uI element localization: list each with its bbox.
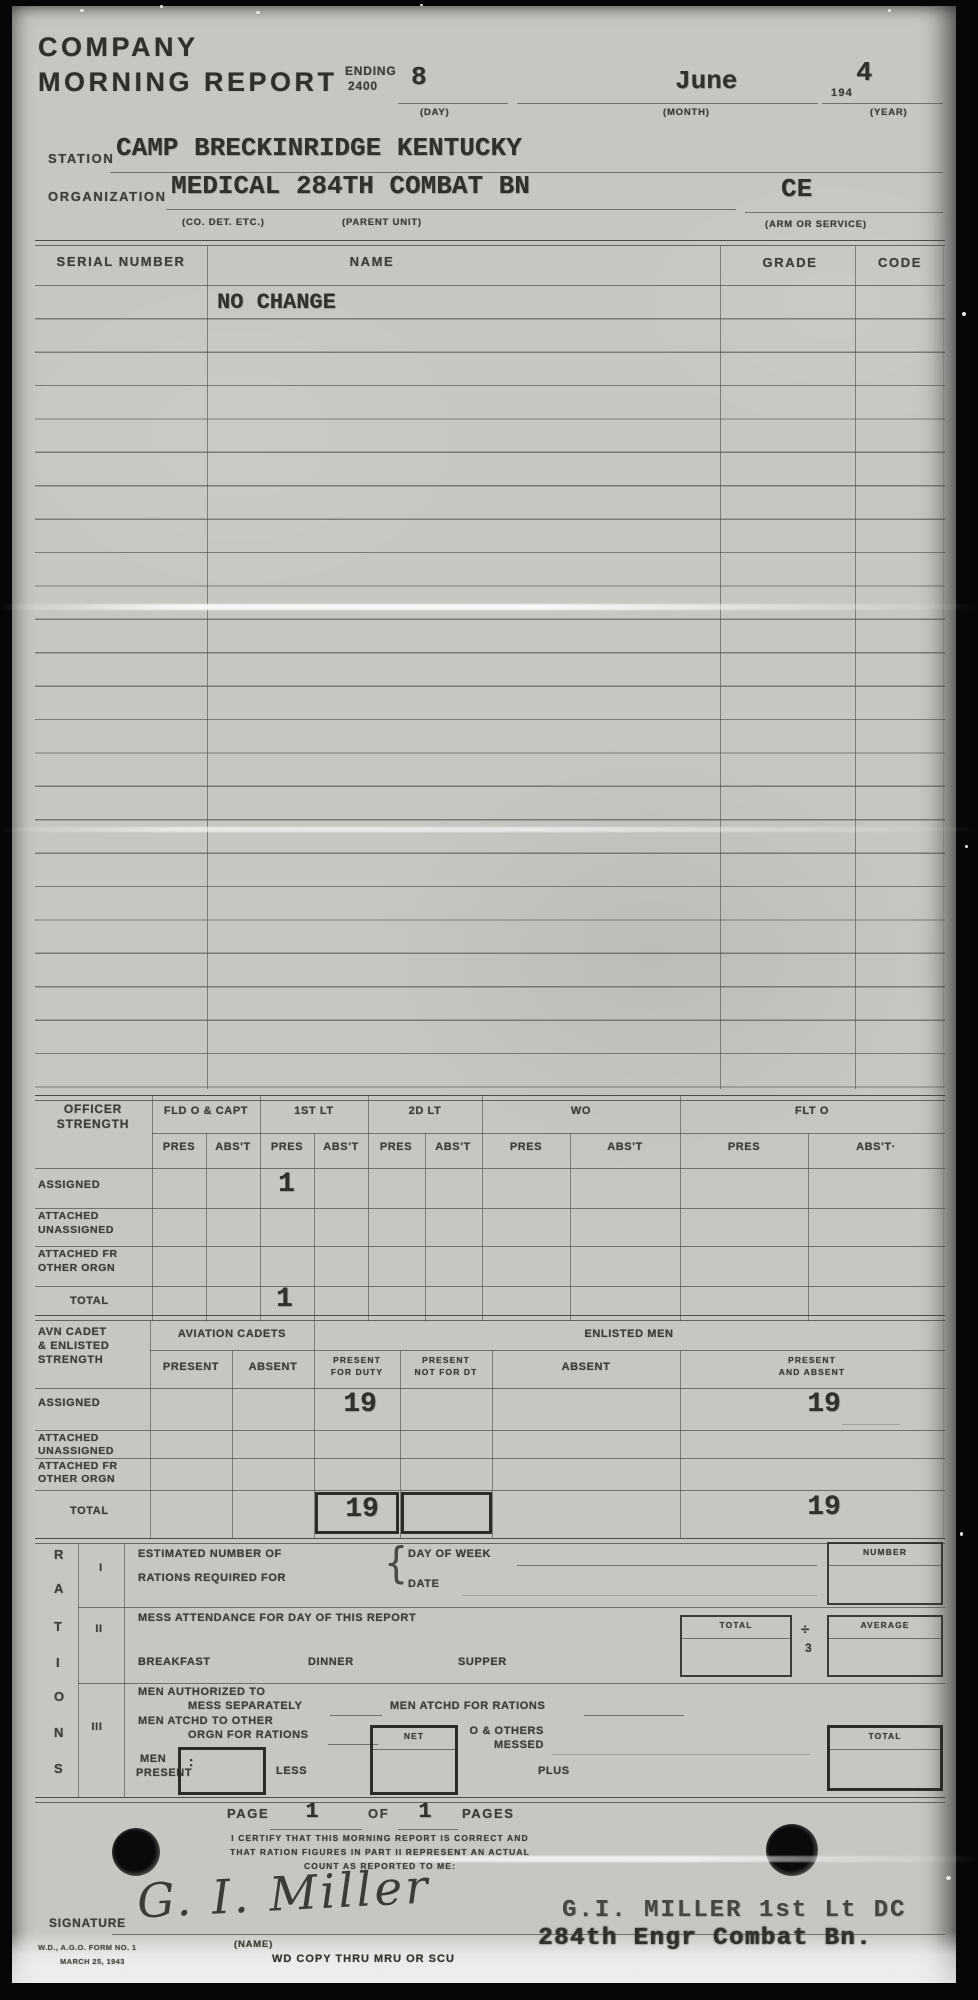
form-id: W.D., A.G.O. FORM NO. 1 xyxy=(38,1944,137,1952)
enlisted-title-2: & ENLISTED xyxy=(38,1341,109,1353)
roster-right-edge xyxy=(943,246,944,1089)
officer-right-edge xyxy=(943,1095,944,1321)
year-label: (YEAR) xyxy=(870,108,908,118)
enlisted-vline-e1 xyxy=(400,1350,401,1538)
day-of-week-line xyxy=(517,1565,817,1566)
enlisted-bottom-rule xyxy=(35,1538,945,1544)
net-box: NET xyxy=(370,1725,458,1795)
rations-letter-r: R xyxy=(54,1548,65,1562)
day-value: 8 xyxy=(411,64,427,91)
scan-streak-2 xyxy=(0,827,978,832)
station-label: STATION xyxy=(48,152,114,166)
men-label: MEN xyxy=(140,1754,166,1766)
enlisted-row-assigned: ASSIGNED xyxy=(38,1398,100,1410)
rations-rule-1 xyxy=(78,1607,945,1608)
enlisted-group-rule xyxy=(150,1350,945,1351)
dinner-label: DINNER xyxy=(308,1657,354,1669)
rations-letter-a: A xyxy=(54,1582,65,1596)
rations3-text-1: MEN AUTHORIZED TO xyxy=(138,1687,266,1699)
scanner-background: COMPANY MORNING REPORT ENDING 2400 8 (DA… xyxy=(0,0,978,2000)
enlisted-rule-1 xyxy=(35,1430,945,1431)
enlisted-assigned-pa: 19 xyxy=(807,1390,841,1419)
rations1-text-2: RATIONS REQUIRED FOR xyxy=(138,1573,286,1585)
unit-hint: (CO. DET. ETC.) xyxy=(182,218,265,228)
enlisted-rule-2 xyxy=(35,1458,945,1459)
rations-letter-i: I xyxy=(56,1656,61,1670)
less-label: LESS xyxy=(276,1766,307,1778)
frame-speck-7 xyxy=(965,845,968,848)
enlisted-vline-e3 xyxy=(680,1350,681,1538)
net-box-label: NET xyxy=(404,1732,424,1741)
rations-letter-t: T xyxy=(54,1620,64,1634)
number-box-label: NUMBER xyxy=(863,1548,907,1557)
men-atchd-rations-label: MEN ATCHD FOR RATIONS xyxy=(390,1701,545,1713)
enlisted-row-att-unassigned-2: UNASSIGNED xyxy=(38,1446,114,1457)
mess-total-box: TOTAL xyxy=(680,1615,792,1677)
roster-col-grade: GRADE xyxy=(763,256,818,270)
officer-vline-label xyxy=(152,1095,153,1321)
others-label-1: O & OTHERS xyxy=(452,1726,544,1738)
officer-vline-s2 xyxy=(314,1133,315,1321)
officer-row-att-fr-1: ATTACHED FR xyxy=(38,1249,118,1260)
pages-line xyxy=(398,1829,458,1830)
year-digit: 4 xyxy=(856,60,872,88)
pfd-label-1: PRESENT xyxy=(333,1356,381,1365)
form-title-line2: MORNING REPORT xyxy=(38,68,338,96)
morning-report-page: COMPANY MORNING REPORT ENDING 2400 8 (DA… xyxy=(12,6,956,1983)
day-underline xyxy=(398,103,508,104)
others-label-2: MESSED xyxy=(452,1740,544,1752)
distribution-note: WD COPY THRU MRU OR SCU xyxy=(272,1954,455,1966)
officer-total-value: 1 xyxy=(276,1285,293,1314)
average-box: AVERAGE xyxy=(827,1615,943,1677)
enlisted-right-edge xyxy=(943,1321,944,1538)
enlisted-total-pa: 19 xyxy=(807,1493,841,1522)
punch-hole-right xyxy=(766,1824,818,1876)
pnfd-label-1: PRESENT xyxy=(422,1356,470,1365)
enlisted-absent-label: ABSENT xyxy=(562,1362,611,1374)
rations1-text-1: ESTIMATED NUMBER OF xyxy=(138,1549,282,1561)
rations-total-box: TOTAL xyxy=(827,1725,943,1791)
pfd-label-2: FOR DUTY xyxy=(331,1368,383,1377)
typed-officer-name: G.I. MILLER 1st Lt DC xyxy=(562,1898,906,1923)
date-line xyxy=(462,1595,817,1596)
pages-label: PAGES xyxy=(462,1807,515,1821)
enlisted-vline-group xyxy=(314,1321,315,1538)
officer-vline-s5 xyxy=(808,1133,809,1321)
officer-group-fldo: FLD O & CAPT xyxy=(164,1106,248,1118)
mess-separately-label: MESS SEPARATELY xyxy=(188,1701,303,1713)
year-prefix: 194 xyxy=(831,88,853,100)
frame-speck-1 xyxy=(80,9,84,12)
officer-group-2dlt: 2D LT xyxy=(409,1106,442,1118)
rations-roman-3: III xyxy=(92,1722,103,1734)
officer-sub-pres-5: PRES xyxy=(728,1142,760,1154)
officer-vline-g2 xyxy=(368,1095,369,1321)
enlisted-row-total: TOTAL xyxy=(70,1506,109,1518)
others-line xyxy=(552,1754,810,1755)
arm-service-value: CE xyxy=(781,176,812,203)
enlisted-row-att-unassigned-1: ATTACHED xyxy=(38,1433,99,1444)
frame-speck-9 xyxy=(946,1876,951,1880)
roster-empty-rows xyxy=(35,286,945,1089)
enlisted-group-enlisted: ENLISTED MEN xyxy=(584,1329,673,1341)
rations-roman-2: II xyxy=(95,1624,102,1636)
mess-separately-line xyxy=(330,1715,382,1716)
assigned-pa-underline xyxy=(842,1424,900,1425)
officer-row-att-fr-2: OTHER ORGN xyxy=(38,1263,115,1274)
enlisted-group-cadets: AVIATION CADETS xyxy=(178,1329,286,1341)
officer-vline-g4 xyxy=(680,1095,681,1321)
enlisted-vline-label xyxy=(150,1321,151,1538)
rations-letter-n: N xyxy=(54,1726,65,1740)
rations-roman-1: I xyxy=(99,1563,103,1575)
organization-underline xyxy=(166,209,736,210)
officer-sub-pres-1: PRES xyxy=(163,1142,195,1154)
page-line xyxy=(270,1829,362,1830)
officer-sub-abst-5: ABS'T· xyxy=(856,1142,896,1154)
officer-group-rule xyxy=(152,1133,945,1134)
net-box-divider xyxy=(373,1749,455,1750)
orgn-rations-label: ORGN FOR RATIONS xyxy=(188,1730,309,1742)
day-of-week-label: DAY OF WEEK xyxy=(408,1549,491,1561)
total-pnfd-box xyxy=(401,1492,492,1534)
officer-sub-abst-3: ABS'T xyxy=(435,1142,471,1154)
officer-vline-s4 xyxy=(570,1133,571,1321)
organization-label: ORGANIZATION xyxy=(48,190,167,204)
officer-vline-g3 xyxy=(482,1095,483,1321)
average-box-divider xyxy=(829,1638,941,1639)
officer-sub-pres-4: PRES xyxy=(510,1142,542,1154)
officer-group-1stlt: 1ST LT xyxy=(294,1106,333,1118)
cert-line-1: I CERTIFY THAT THIS MORNING REPORT IS CO… xyxy=(231,1834,528,1843)
day-label: (DAY) xyxy=(420,108,450,118)
ending-time: 2400 xyxy=(348,80,378,93)
average-box-label: AVERAGE xyxy=(860,1621,909,1630)
roster-divider-code xyxy=(855,246,856,1089)
pnfd-label-2: NOT FOR DT xyxy=(415,1368,478,1377)
rations-vline-2 xyxy=(124,1544,125,1797)
rations-vline-1 xyxy=(78,1544,79,1797)
enlisted-assigned-pfd: 19 xyxy=(343,1390,377,1419)
handwritten-signature: G. I. Miller xyxy=(136,1862,432,1927)
supper-label: SUPPER xyxy=(458,1657,507,1669)
frame-speck-6 xyxy=(962,312,966,316)
men-atchd-rations-line xyxy=(584,1715,684,1716)
scan-streak-3 xyxy=(330,1856,978,1862)
number-box: NUMBER xyxy=(827,1542,943,1605)
officer-row-total: TOTAL xyxy=(70,1296,109,1308)
form-date: MARCH 25, 1943 xyxy=(60,1958,125,1966)
cadet-absent-label: ABSENT xyxy=(249,1362,298,1374)
officer-sub-abst-4: ABS'T xyxy=(607,1142,643,1154)
organization-value: MEDICAL 284TH COMBAT BN xyxy=(171,173,530,200)
page-value: 1 xyxy=(305,1800,318,1823)
officer-sub-pres-3: PRES xyxy=(380,1142,412,1154)
roster-col-name: NAME xyxy=(350,255,395,269)
officer-sub-abst-2: ABS'T xyxy=(323,1142,359,1154)
enlisted-title-1: AVN CADET xyxy=(38,1327,107,1339)
roster-divider-serial xyxy=(207,246,208,1089)
men-atchd-other-label: MEN ATCHD TO OTHER xyxy=(138,1716,273,1728)
frame-speck-4 xyxy=(420,4,423,6)
signature-label: SIGNATURE xyxy=(49,1917,126,1930)
frame-speck-5 xyxy=(888,9,891,12)
cadet-present-label: PRESENT xyxy=(163,1362,219,1374)
divide-by: 3 xyxy=(805,1642,812,1655)
rations-total-divider xyxy=(830,1749,940,1750)
month-underline xyxy=(517,103,818,104)
officer-group-flto: FLT O xyxy=(795,1106,829,1118)
roster-entry: NO CHANGE xyxy=(217,291,336,314)
enlisted-row-att-fr-2: OTHER ORGN xyxy=(38,1474,115,1485)
parent-unit-hint: (PARENT UNIT) xyxy=(342,218,422,228)
date-label: DATE xyxy=(408,1579,440,1591)
rations-rule-2 xyxy=(78,1683,945,1684)
form-bottom-rule xyxy=(35,1797,945,1803)
ending-label: ENDING xyxy=(345,65,396,78)
year-underline xyxy=(822,103,943,104)
arm-service-hint: (ARM OR SERVICE) xyxy=(765,220,867,230)
mess-total-divider xyxy=(682,1638,790,1639)
officer-row-assigned: ASSIGNED xyxy=(38,1180,100,1192)
rations2-title: MESS ATTENDANCE FOR DAY OF THIS REPORT xyxy=(138,1613,416,1625)
officer-sub-abst-1: ABS'T xyxy=(215,1142,251,1154)
officer-title-2: STRENGTH xyxy=(57,1118,129,1131)
enlisted-vline-e2 xyxy=(492,1350,493,1538)
officer-top-rule xyxy=(35,1095,945,1101)
of-label: OF xyxy=(368,1807,389,1821)
enlisted-vline-ac xyxy=(232,1350,233,1538)
enlisted-title-3: STRENGTH xyxy=(38,1355,103,1367)
officer-row-att-unassigned-2: UNASSIGNED xyxy=(38,1225,114,1236)
men-present-mark: : xyxy=(187,1756,195,1770)
scan-streak-1 xyxy=(0,604,978,610)
officer-vline-s3 xyxy=(425,1133,426,1321)
frame-speck-3 xyxy=(256,11,260,14)
officer-vline-s1 xyxy=(206,1133,207,1321)
rations1-brace: { xyxy=(384,1542,408,1587)
officer-vline-g1 xyxy=(260,1095,261,1321)
station-value: CAMP BRECKINRIDGE KENTUCKY xyxy=(116,135,522,162)
roster-col-code: CODE xyxy=(878,256,922,270)
officer-row-att-unassigned-1: ATTACHED xyxy=(38,1211,99,1222)
arm-underline xyxy=(745,212,943,213)
officer-assigned-value: 1 xyxy=(278,1170,295,1199)
name-hint: (NAME) xyxy=(234,1940,273,1950)
rations-total-label: TOTAL xyxy=(868,1732,901,1741)
enlisted-row-att-fr-1: ATTACHED FR xyxy=(38,1461,118,1472)
roster-top-rule xyxy=(35,240,945,246)
pa-label-2: AND ABSENT xyxy=(779,1368,845,1377)
breakfast-label: BREAKFAST xyxy=(138,1657,211,1669)
pa-label-1: PRESENT xyxy=(788,1356,836,1365)
rations-letter-o: O xyxy=(54,1690,66,1704)
officer-title-1: OFFICER xyxy=(64,1103,122,1116)
plus-label: PLUS xyxy=(538,1766,570,1778)
men-present-box: : xyxy=(178,1747,266,1795)
punch-hole-left xyxy=(112,1828,160,1876)
officer-sub-pres-2: PRES xyxy=(271,1142,303,1154)
pages-value: 1 xyxy=(418,1800,431,1823)
frame-speck-8 xyxy=(960,1532,963,1536)
month-label: (MONTH) xyxy=(663,108,710,118)
frame-speck-2 xyxy=(160,5,163,8)
enlisted-total-pfd: 19 xyxy=(345,1495,379,1524)
number-box-divider xyxy=(829,1565,941,1566)
mess-total-label: TOTAL xyxy=(719,1621,752,1630)
roster-col-serial: SERIAL NUMBER xyxy=(57,255,186,269)
officer-group-wo: WO xyxy=(571,1106,591,1118)
form-title-line1: COMPANY xyxy=(38,33,199,61)
page-label: PAGE xyxy=(227,1807,269,1821)
month-value: June xyxy=(675,68,737,95)
rations-letter-s: S xyxy=(54,1762,64,1776)
typed-officer-unit: 284th Engr Combat Bn. xyxy=(538,1926,872,1951)
roster-divider-grade xyxy=(720,246,721,1089)
divide-sign: ÷ xyxy=(801,1622,810,1638)
